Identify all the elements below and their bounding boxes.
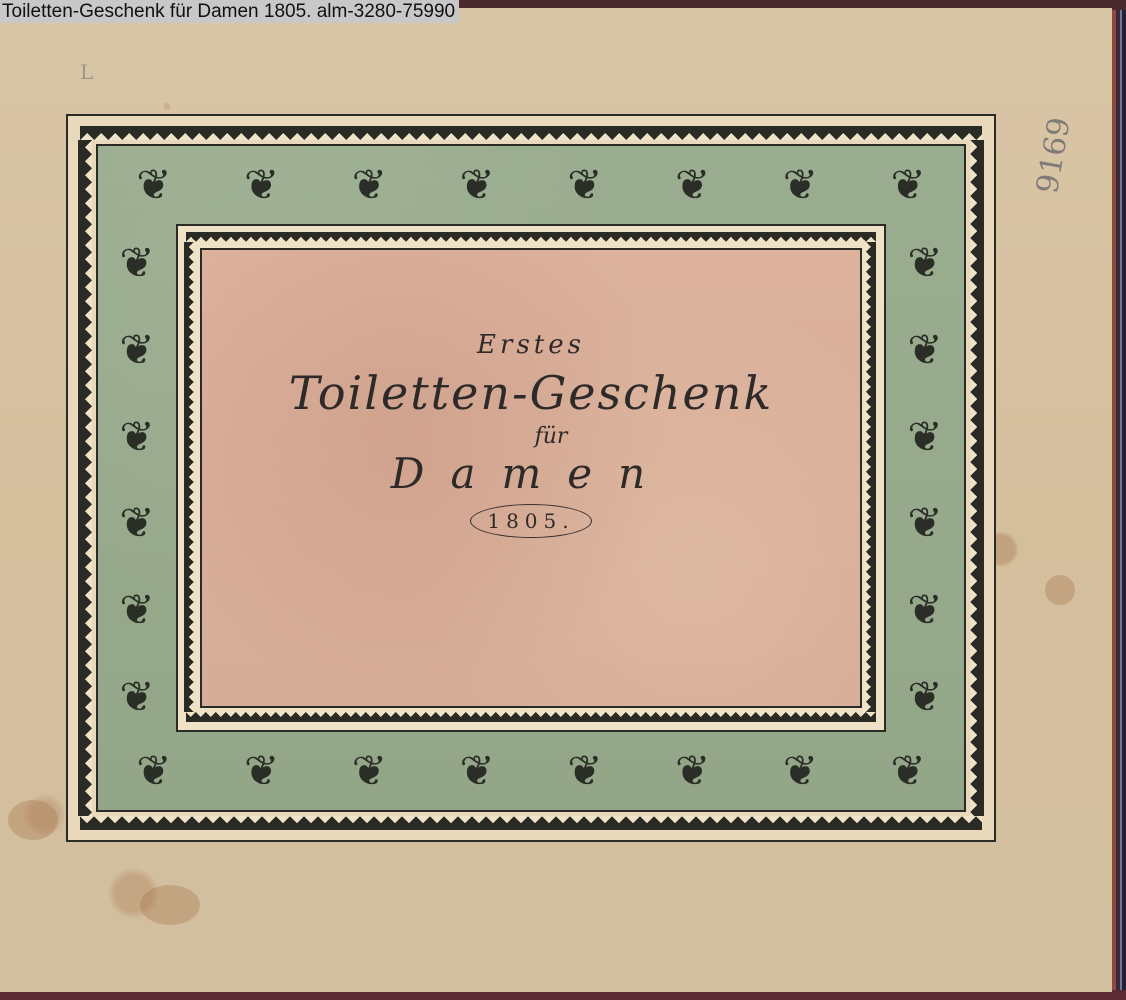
palmette-frieze-left: ❦ ❦ ❦ ❦ ❦ ❦ <box>98 220 176 740</box>
palmette-ornament-icon: ❦ <box>783 750 818 792</box>
inner-sawtooth-left <box>184 242 194 712</box>
palmette-ornament-icon: ❦ <box>907 502 942 544</box>
title-line-toiletten-geschenk: Toiletten-Geschenk <box>200 366 862 420</box>
title-line-damen: Damen <box>200 449 862 498</box>
sawtooth-border-top <box>80 126 982 140</box>
palmette-ornament-icon: ❦ <box>136 750 171 792</box>
palmette-ornament-icon: ❦ <box>119 676 154 718</box>
palmette-ornament-icon: ❦ <box>119 416 154 458</box>
palmette-frieze-bottom: ❦ ❦ ❦ ❦ ❦ ❦ ❦ ❦ <box>100 732 962 810</box>
inner-sawtooth-right <box>866 242 876 712</box>
palmette-ornament-icon: ❦ <box>675 750 710 792</box>
inner-sawtooth-bottom <box>186 712 876 722</box>
palmette-ornament-icon: ❦ <box>119 242 154 284</box>
pencil-mark: L <box>80 60 93 84</box>
palmette-ornament-icon: ❦ <box>460 750 495 792</box>
sawtooth-border-left <box>78 140 92 816</box>
palmette-ornament-icon: ❦ <box>907 416 942 458</box>
palmette-ornament-icon: ❦ <box>907 329 942 371</box>
sawtooth-border-right <box>970 140 984 816</box>
palmette-ornament-icon: ❦ <box>907 676 942 718</box>
palmette-ornament-icon: ❦ <box>567 750 602 792</box>
palmette-ornament-icon: ❦ <box>567 164 602 206</box>
inner-sawtooth-top <box>186 232 876 242</box>
cover-title: Erstes Toiletten-Geschenk für Damen 1805… <box>200 330 862 538</box>
paper-stain <box>140 885 200 925</box>
sawtooth-border-bottom <box>80 816 982 830</box>
paper-stain <box>8 800 58 840</box>
palmette-ornament-icon: ❦ <box>119 502 154 544</box>
palmette-frieze-top: ❦ ❦ ❦ ❦ ❦ ❦ ❦ ❦ <box>100 146 962 224</box>
palmette-frieze-right: ❦ ❦ ❦ ❦ ❦ ❦ <box>886 220 964 740</box>
palmette-ornament-icon: ❦ <box>244 750 279 792</box>
palmette-ornament-icon: ❦ <box>460 164 495 206</box>
palmette-ornament-icon: ❦ <box>352 750 387 792</box>
paper-stain <box>1045 575 1075 605</box>
image-caption: Toiletten-Geschenk für Damen 1805. alm-3… <box>0 0 459 23</box>
palmette-ornament-icon: ❦ <box>244 164 279 206</box>
palmette-ornament-icon: ❦ <box>907 589 942 631</box>
palmette-ornament-icon: ❦ <box>891 750 926 792</box>
palmette-ornament-icon: ❦ <box>907 242 942 284</box>
palmette-ornament-icon: ❦ <box>119 329 154 371</box>
palmette-ornament-icon: ❦ <box>675 164 710 206</box>
palmette-ornament-icon: ❦ <box>352 164 387 206</box>
title-year: 1805. <box>470 504 591 538</box>
palmette-ornament-icon: ❦ <box>119 589 154 631</box>
title-line-fuer: für <box>240 424 862 449</box>
palmette-ornament-icon: ❦ <box>891 164 926 206</box>
title-line-erstes: Erstes <box>200 330 862 360</box>
palmette-ornament-icon: ❦ <box>136 164 171 206</box>
palmette-ornament-icon: ❦ <box>783 164 818 206</box>
